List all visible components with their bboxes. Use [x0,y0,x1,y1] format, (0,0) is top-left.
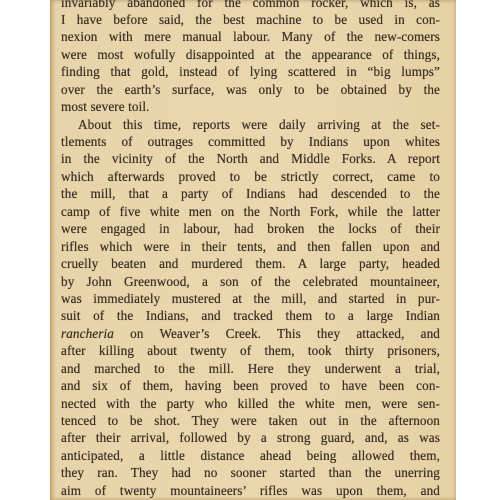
text-line: and six of them, having been proved to h… [61,377,440,394]
text-line: most severe toil. [61,98,440,115]
text-line: tlements of outrages committed by Indian… [61,133,440,150]
text-line: which afterwards proved to be strictly c… [61,168,440,185]
text-line: cruelly beaten and murdered them. A larg… [61,255,440,272]
text-line: by John Greenwood, a son of the celebrat… [61,273,440,290]
text-line: camp of five white men on the North Fork… [61,203,440,220]
text-line: in the vicinity of the North and Middle … [61,150,440,167]
text-line: were engaged in labour, had broken the l… [61,220,440,237]
text-line: rifles which were in their tents, and th… [61,238,440,255]
book-page: invariably abandoned for the common rock… [50,0,456,500]
text-line: the mill, that a party of Indians had de… [61,185,440,202]
page-text: invariably abandoned for the common rock… [61,0,440,499]
scan-background: invariably abandoned for the common rock… [0,0,500,500]
text-line: suit of the Indians, and tracked them to… [61,307,440,324]
text-line: tenced to be shot. They were taken out i… [61,412,440,429]
text-line: finding that gold, instead of lying scat… [61,63,440,80]
text-line: About this time, reports were daily arri… [61,116,440,133]
text-line: after their arrival, followed by a stron… [61,429,440,446]
text-line: they ran. They had no sooner started tha… [61,464,440,481]
text-line-with-italic: rancheria on Weaver’s Creek. This they a… [61,325,440,342]
text-line: I have before said, the best machine to … [61,11,440,28]
paragraph-2: About this time, reports were daily arri… [61,116,440,500]
paragraph-1: invariably abandoned for the common rock… [61,0,440,116]
text-line: aim of twenty mountaineers’ rifles was u… [61,482,440,499]
text-line: after killing about twenty of them, took… [61,342,440,359]
text-line: were most wofully disappointed at the ap… [61,46,440,63]
text-line: nected with the party who killed the whi… [61,395,440,412]
text-line: and marched to the mill. Here they under… [61,360,440,377]
text-line-rest: on Weaver’s Creek. This they attacked, a… [130,326,440,341]
text-line: invariably abandoned for the common rock… [61,0,440,11]
text-line: nexion with mere manual labour. Many of … [61,28,440,45]
italic-word: rancheria [61,326,114,341]
text-line: over the earth’s surface, was only to be… [61,81,440,98]
text-line: was immediately mustered at the mill, an… [61,290,440,307]
text-line: anticipated, a little distance ahead bei… [61,447,440,464]
